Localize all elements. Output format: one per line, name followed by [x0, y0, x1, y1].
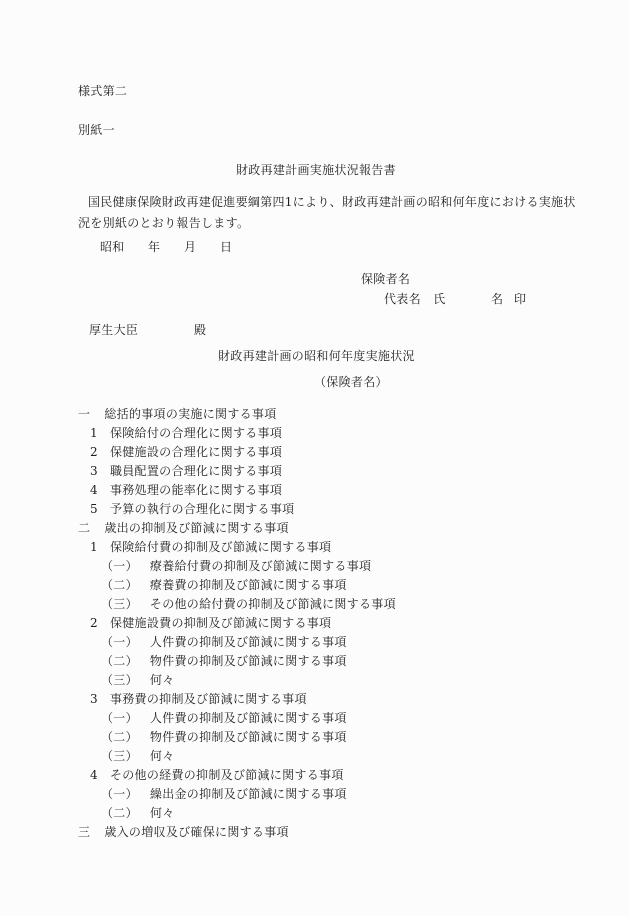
sub-list-item: （三）何々: [101, 674, 175, 686]
sub-list-item: （一）人件費の抑制及び節減に関する事項: [101, 636, 347, 648]
subitem-label: 物件費の抑制及び節減に関する事項: [150, 730, 347, 744]
subitem-label: 人件費の抑制及び節減に関する事項: [150, 635, 347, 649]
date-era: 昭和: [100, 241, 125, 253]
list-item: 3事務費の抑制及び節減に関する事項: [90, 693, 307, 705]
date-month: 月: [184, 241, 196, 253]
seal-label: 印: [514, 293, 526, 305]
section-label: 歳出の抑制及び節減に関する事項: [104, 521, 289, 535]
sub-list-item: （一）療養給付費の抑制及び節減に関する事項: [101, 560, 371, 572]
subitem-label: 物件費の抑制及び節減に関する事項: [150, 654, 347, 668]
section-label: 総括的事項の実施に関する事項: [104, 407, 276, 421]
item-label: 保険給付の合理化に関する事項: [110, 426, 282, 440]
item-label: 保険給付費の抑制及び節減に関する事項: [110, 540, 331, 554]
subitem-label: 何々: [150, 806, 175, 820]
item-number: 3: [90, 464, 98, 478]
report-body-line-2: 況を別紙のとおり報告します。: [78, 217, 249, 229]
item-label: その他の経費の抑制及び節減に関する事項: [110, 768, 344, 782]
subitem-number: （二）: [101, 730, 138, 744]
item-label: 事務費の抑制及び節減に関する事項: [110, 692, 307, 706]
section-heading: 三歳入の増収及び確保に関する事項: [78, 826, 289, 838]
list-item: 4その他の経費の抑制及び節減に関する事項: [90, 769, 344, 781]
sub-list-item: （二）物件費の抑制及び節減に関する事項: [101, 731, 347, 743]
report-title: 財政再建計画実施状況報告書: [236, 164, 396, 176]
name-label: 名: [491, 293, 503, 305]
sub-list-item: （三）その他の給付費の抑制及び節減に関する事項: [101, 598, 396, 610]
subitem-label: 人件費の抑制及び節減に関する事項: [150, 711, 347, 725]
section-number: 二: [78, 521, 90, 535]
item-number: 4: [90, 768, 98, 782]
sub-list-item: （三）何々: [101, 750, 175, 762]
item-number: 5: [90, 502, 98, 516]
item-number: 3: [90, 692, 98, 706]
item-label: 保健施設費の抑制及び節減に関する事項: [110, 616, 331, 630]
subitem-label: 何々: [150, 673, 175, 687]
item-label: 保健施設の合理化に関する事項: [110, 445, 282, 459]
report-body-line-1: 国民健康保険財政再建促進要綱第四1により、財政再建計画の昭和何年度における実施状: [88, 196, 576, 208]
subitem-number: （三）: [101, 749, 138, 763]
item-number: 4: [90, 483, 98, 497]
list-item: 5予算の執行の合理化に関する事項: [90, 503, 294, 515]
subitem-number: （二）: [101, 654, 138, 668]
form-label: 様式第二: [78, 85, 127, 97]
item-number: 2: [90, 616, 98, 630]
date-year: 年: [148, 241, 160, 253]
subitem-label: 繰出金の抑制及び節減に関する事項: [150, 787, 347, 801]
attachment-title: 財政再建計画の昭和何年度実施状況: [218, 350, 415, 362]
section-label: 歳入の増収及び確保に関する事項: [104, 825, 289, 839]
item-number: 1: [90, 426, 98, 440]
list-item: 1保険給付費の抑制及び節減に関する事項: [90, 541, 331, 553]
sub-list-item: （二）療養費の抑制及び節減に関する事項: [101, 579, 347, 591]
section-number: 一: [78, 407, 90, 421]
subitem-label: その他の給付費の抑制及び節減に関する事項: [150, 597, 396, 611]
representative-label: 代表名 氏: [384, 293, 446, 305]
list-item: 3職員配置の合理化に関する事項: [90, 465, 282, 477]
item-label: 予算の執行の合理化に関する事項: [110, 502, 295, 516]
subitem-label: 療養給付費の抑制及び節減に関する事項: [150, 559, 371, 573]
subitem-number: （三）: [101, 673, 138, 687]
section-heading: 一総括的事項の実施に関する事項: [78, 408, 277, 420]
subitem-label: 何々: [150, 749, 175, 763]
item-number: 2: [90, 445, 98, 459]
section-number: 三: [78, 825, 90, 839]
sub-list-item: （二）物件費の抑制及び節減に関する事項: [101, 655, 347, 667]
subitem-number: （三）: [101, 597, 138, 611]
subitem-number: （一）: [101, 787, 138, 801]
item-number: 1: [90, 540, 98, 554]
list-item: 4事務処理の能率化に関する事項: [90, 484, 282, 496]
list-item: 2保健施設費の抑制及び節減に関する事項: [90, 617, 331, 629]
subitem-number: （一）: [101, 711, 138, 725]
item-label: 事務処理の能率化に関する事項: [110, 483, 282, 497]
list-item: 2保健施設の合理化に関する事項: [90, 446, 282, 458]
date-day: 日: [220, 241, 232, 253]
attachment-label: 別紙一: [78, 124, 115, 136]
honorific: 殿: [194, 324, 206, 336]
section-heading: 二歳出の抑制及び節減に関する事項: [78, 522, 289, 534]
subitem-label: 療養費の抑制及び節減に関する事項: [150, 578, 347, 592]
subitem-number: （二）: [101, 806, 138, 820]
addressee: 厚生大臣: [89, 324, 138, 336]
attachment-subtitle: （保険者名）: [314, 376, 388, 388]
subitem-number: （一）: [101, 635, 138, 649]
subitem-number: （二）: [101, 578, 138, 592]
insurer-label: 保険者名: [361, 273, 410, 285]
sub-list-item: （一）繰出金の抑制及び節減に関する事項: [101, 788, 347, 800]
item-label: 職員配置の合理化に関する事項: [110, 464, 282, 478]
subitem-number: （一）: [101, 559, 138, 573]
list-item: 1保険給付の合理化に関する事項: [90, 427, 282, 439]
sub-list-item: （二）何々: [101, 807, 175, 819]
sub-list-item: （一）人件費の抑制及び節減に関する事項: [101, 712, 347, 724]
